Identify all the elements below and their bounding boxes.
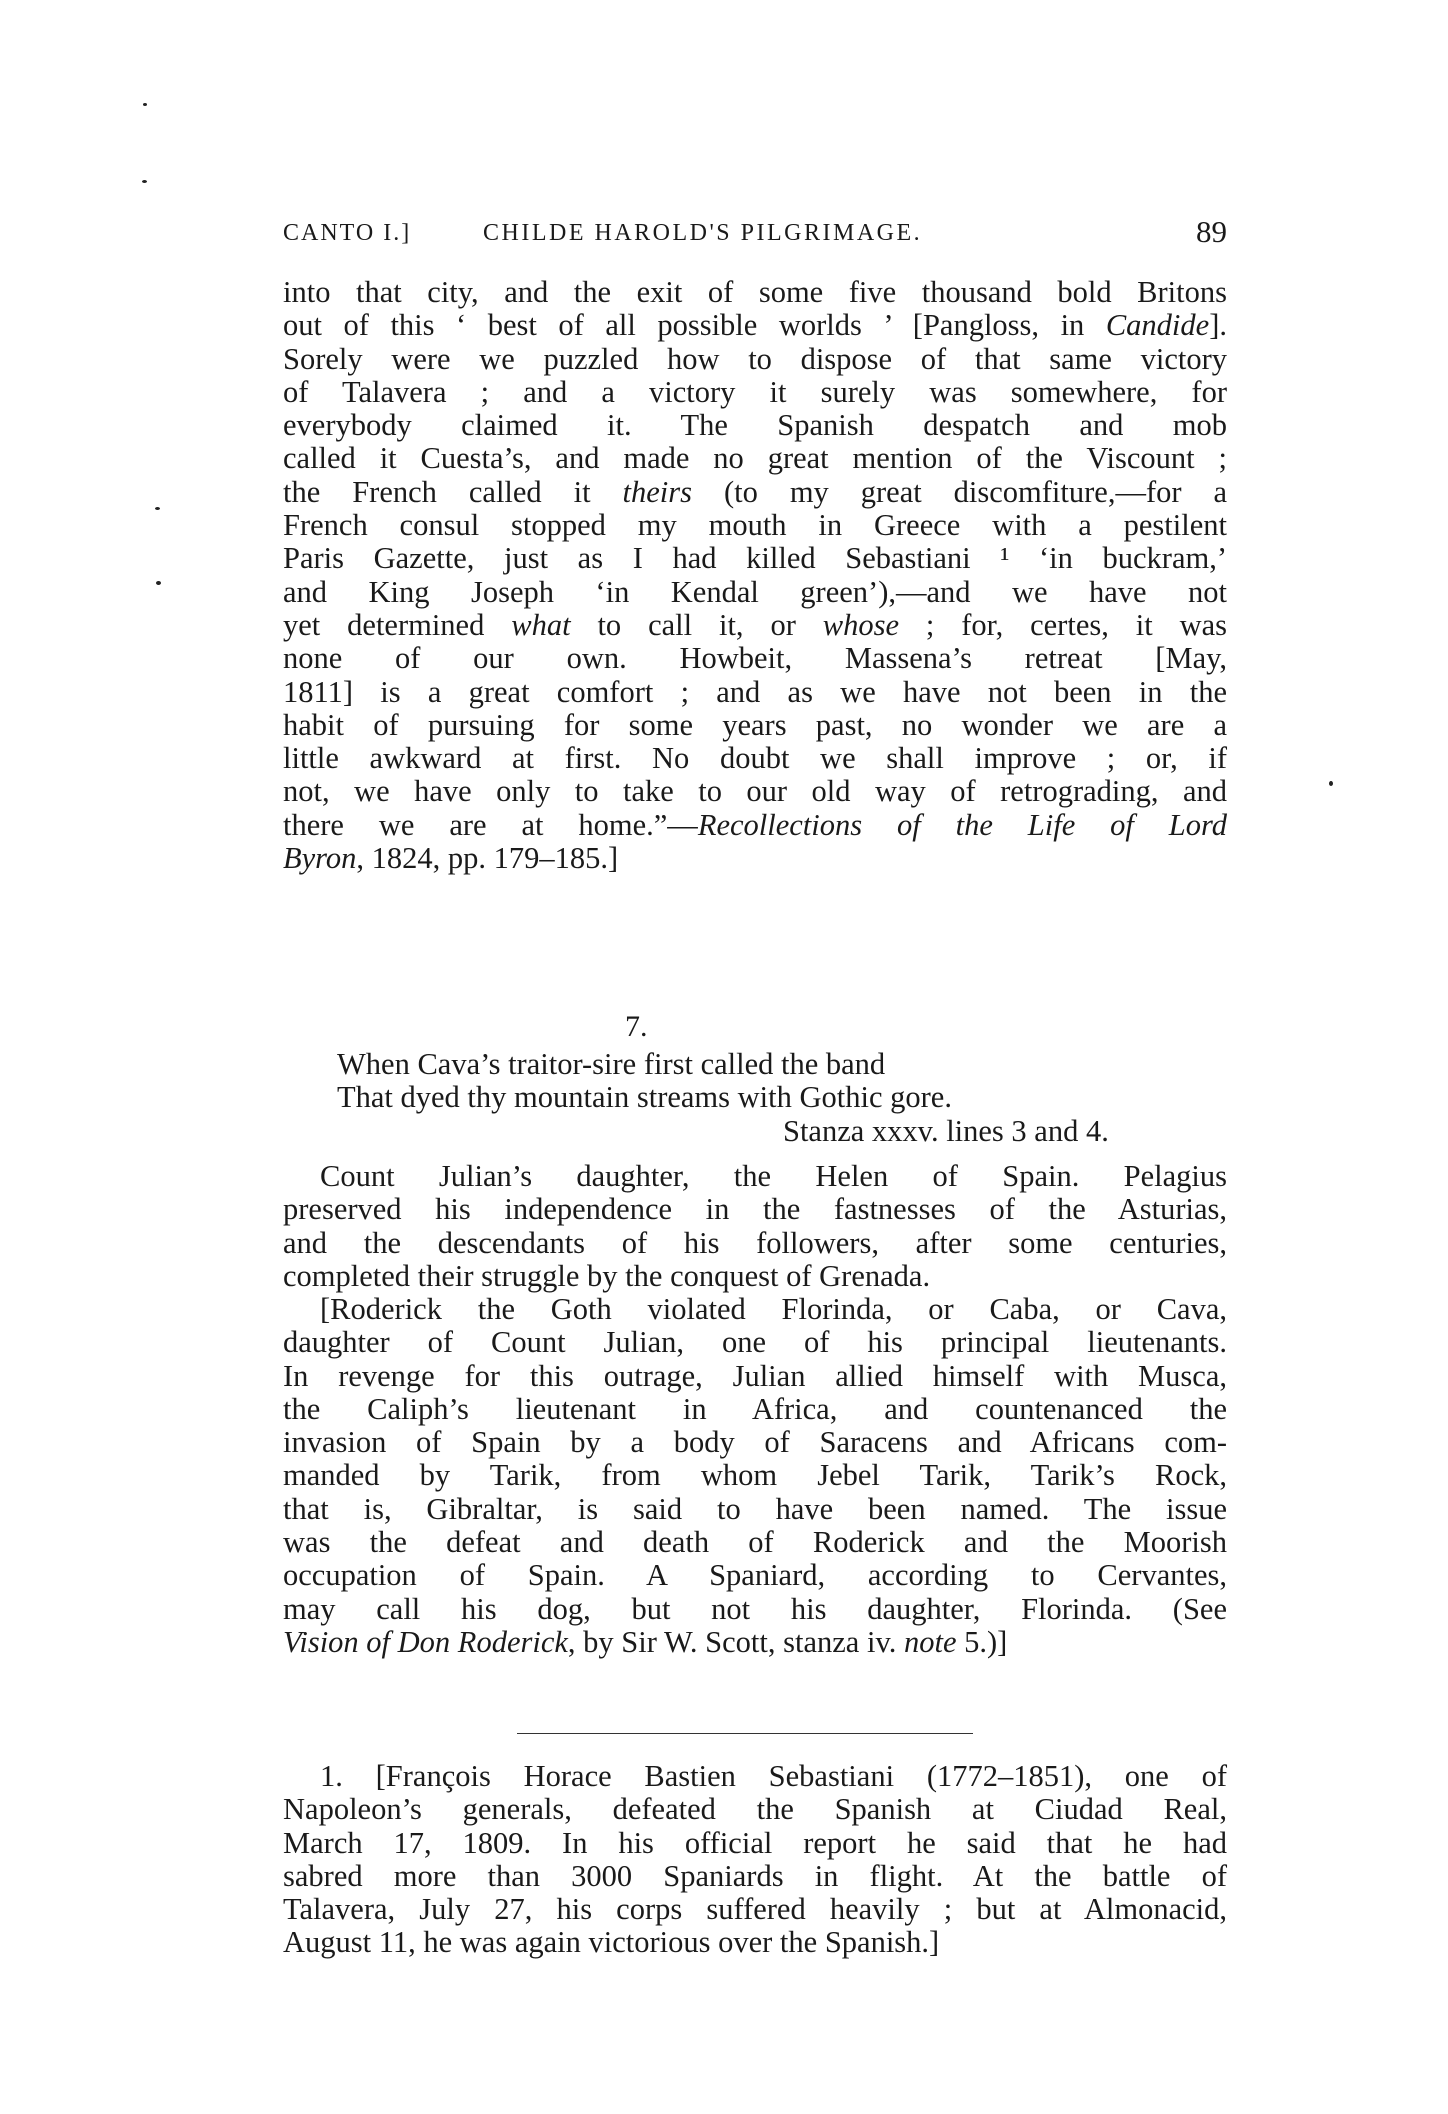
text-line: In revenge for this outrage, Julian alli… [283,1360,1227,1393]
text-line: Paris Gazette, just as I had killed Seba… [283,542,1227,575]
text-line: 1811] is a great comfort ; and as we hav… [283,676,1227,709]
running-header: CANTO I.] CHILDE HAROLD'S PILGRIMAGE. 89 [283,214,1227,254]
italic-text: Recollections of the Life of Lord [698,808,1227,842]
quoted-paragraph: into that city, and the exit of some fiv… [283,276,1227,875]
scan-speck [156,581,161,585]
text-line: the French called it theirs (to my great… [283,476,1227,509]
text-line: daughter of Count Julian, one of his pri… [283,1326,1227,1359]
text-line: Byron, 1824, pp. 179–185.] [283,842,1227,875]
italic-text: Vision of Don Roderick [283,1625,568,1659]
text-line: habit of pursuing for some years past, n… [283,709,1227,742]
text-line: Talavera, July 27, his corps suffered he… [283,1893,1227,1926]
text-line: called it Cuesta’s, and made no great me… [283,442,1227,475]
book-page: CANTO I.] CHILDE HAROLD'S PILGRIMAGE. 89… [0,0,1448,2114]
text-line: not, we have only to take to our old way… [283,775,1227,808]
text-line: Sorely were we puzzled how to dispose of… [283,343,1227,376]
text-line: [Roderick the Goth violated Florinda, or… [283,1293,1227,1326]
text-line: French consul stopped my mouth in Greece… [283,509,1227,542]
text-line: and King Joseph ‘in Kendal green’),—and … [283,576,1227,609]
text-line: was the defeat and death of Roderick and… [283,1526,1227,1559]
text-line: into that city, and the exit of some fiv… [283,276,1227,309]
footnote: 1. [François Horace Bastien Sebastiani (… [283,1760,1227,1960]
text-line: may call his dog, but not his daughter, … [283,1593,1227,1626]
book-title: CHILDE HAROLD'S PILGRIMAGE. [483,220,922,247]
text-line: that is, Gibraltar, is said to have been… [283,1493,1227,1526]
text-line: preserved his independence in the fastne… [283,1193,1227,1226]
text-line: sabred more than 3000 Spaniards in fligh… [283,1860,1227,1893]
text-line: out of this ‘ best of all possible world… [283,309,1227,342]
text-line: yet determined what to call it, or whose… [283,609,1227,642]
text-line: of Talavera ; and a victory it surely wa… [283,376,1227,409]
text-line: invasion of Spain by a body of Saracens … [283,1426,1227,1459]
text-line: Vision of Don Roderick, by Sir W. Scott,… [283,1626,1227,1659]
scan-speck [1329,781,1333,786]
verse-reference: Stanza xxxv. lines 3 and 4. [783,1114,1109,1149]
text-line: little awkward at first. No doubt we sha… [283,742,1227,775]
text-line: everybody claimed it. The Spanish despat… [283,409,1227,442]
italic-text: note [904,1625,957,1659]
text-line: there we are at home.”—Recollections of … [283,809,1227,842]
italic-text: Byron [283,841,356,875]
scan-speck [155,507,160,510]
text-line: Napoleon’s generals, defeated the Spanis… [283,1793,1227,1826]
scan-speck [142,180,147,183]
text-line: March 17, 1809. In his official report h… [283,1827,1227,1860]
text-line: occupation of Spain. A Spaniard, accordi… [283,1559,1227,1592]
verse-quotation: When Cava’s traitor-sire first called th… [337,1048,952,1115]
text-line: completed their struggle by the conquest… [283,1260,1227,1293]
verse-line: When Cava’s traitor-sire first called th… [337,1048,952,1081]
text-line: and the descendants of his followers, af… [283,1227,1227,1260]
text-line: none of our own. Howbeit, Massena’s retr… [283,642,1227,675]
scan-speck [143,103,147,106]
footnote-divider [517,1733,973,1734]
verse-line: That dyed thy mountain streams with Goth… [337,1081,952,1114]
editor-note-paragraph: [Roderick the Goth violated Florinda, or… [283,1293,1227,1659]
text-line: August 11, he was again victorious over … [283,1926,1227,1959]
text-line: Count Julian’s daughter, the Helen of Sp… [283,1160,1227,1193]
italic-text: theirs [623,475,692,509]
note-number: 7. [625,1010,648,1044]
note-paragraph: Count Julian’s daughter, the Helen of Sp… [283,1160,1227,1293]
italic-text: what [511,608,570,642]
text-line: manded by Tarik, from whom Jebel Tarik, … [283,1459,1227,1492]
canto-label: CANTO I.] [283,220,411,247]
text-line: the Caliph’s lieutenant in Africa, and c… [283,1393,1227,1426]
text-line: 1. [François Horace Bastien Sebastiani (… [283,1760,1227,1793]
italic-text: whose [823,608,899,642]
italic-text: Candide [1106,308,1209,342]
page-number: 89 [1196,214,1227,250]
